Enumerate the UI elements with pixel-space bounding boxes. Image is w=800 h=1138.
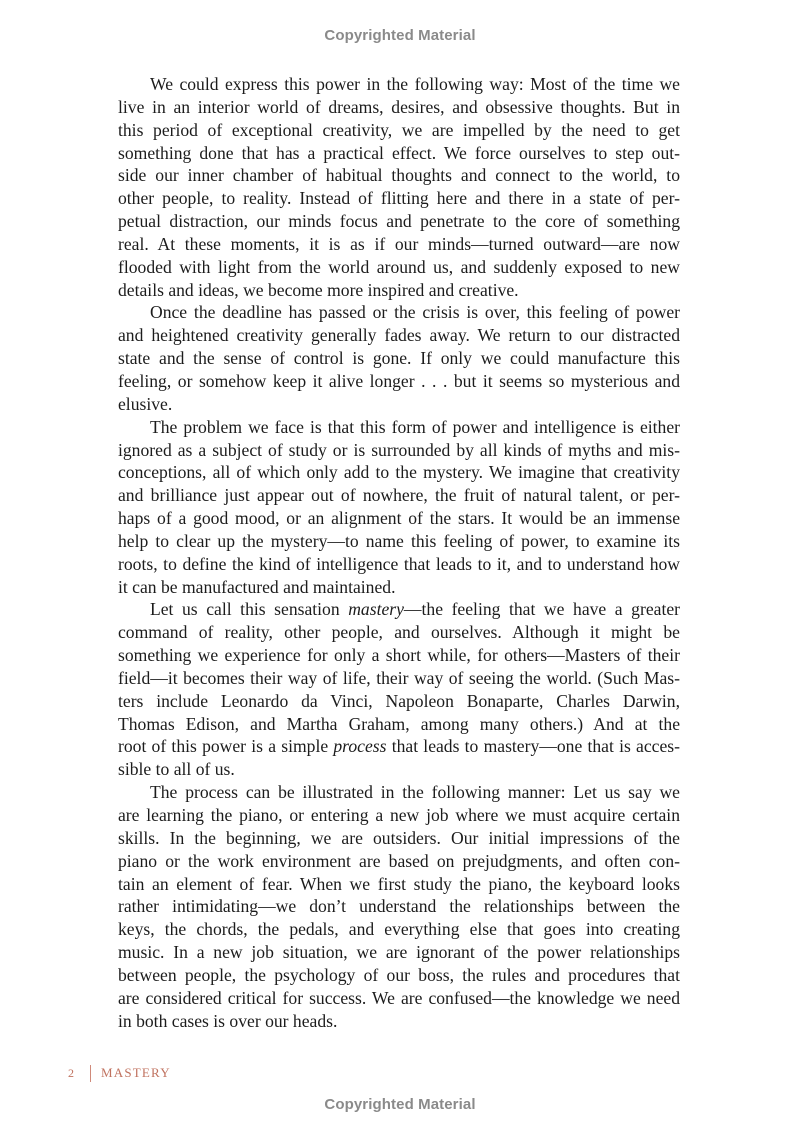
page-body-text: We could express this power in the follo… [118, 73, 680, 1032]
text-line: live in an interior world of dreams, des… [118, 96, 680, 119]
text-line: other people, to reality. Instead of fli… [118, 187, 680, 210]
page-footer: 2 MASTERY [68, 1064, 171, 1082]
text-line: sible to all of us. [118, 758, 680, 781]
text-line: elusive. [118, 393, 680, 416]
copyright-watermark-top: Copyrighted Material [0, 27, 800, 44]
text-line: state and the sense of control is gone. … [118, 347, 680, 370]
text-line: ignored as a subject of study or is surr… [118, 439, 680, 462]
text-line: and brilliance just appear out of nowher… [118, 484, 680, 507]
paragraph-3: The problem we face is that this form of… [118, 416, 680, 599]
text-line: We could express this power in the follo… [118, 73, 680, 96]
text-line: it can be manufactured and maintained. [118, 576, 680, 599]
text-line: real. At these moments, it is as if our … [118, 233, 680, 256]
text-line: The process can be illustrated in the fo… [118, 781, 680, 804]
copyright-watermark-bottom: Copyrighted Material [0, 1096, 800, 1113]
paragraph-5: The process can be illustrated in the fo… [118, 781, 680, 1032]
text-line: something we experience for only a short… [118, 644, 680, 667]
emphasis-mastery: mastery [348, 599, 404, 619]
text-line: ters include Leonardo da Vinci, Napoleon… [118, 690, 680, 713]
text-line: feeling, or somehow keep it alive longer… [118, 370, 680, 393]
text-run: that leads to mastery—one that is acces- [386, 736, 680, 756]
paragraph-1: We could express this power in the follo… [118, 73, 680, 301]
text-line: rather intimidating—we don’t understand … [118, 895, 680, 918]
text-line: piano or the work environment are based … [118, 850, 680, 873]
text-line: this period of exceptional creativity, w… [118, 119, 680, 142]
text-run: —the feeling that we have a greater [404, 599, 680, 619]
text-line: skills. In the beginning, we are outside… [118, 827, 680, 850]
text-line: haps of a good mood, or an alignment of … [118, 507, 680, 530]
text-line: and heightened creativity generally fade… [118, 324, 680, 347]
text-line: details and ideas, we become more inspir… [118, 279, 680, 302]
text-line: are considered critical for success. We … [118, 987, 680, 1010]
paragraph-2: Once the deadline has passed or the cris… [118, 301, 680, 415]
text-line: field—it becomes their way of life, thei… [118, 667, 680, 690]
text-line: in both cases is over our heads. [118, 1010, 680, 1033]
text-line: side our inner chamber of habitual thoug… [118, 164, 680, 187]
text-line: petual distraction, our minds focus and … [118, 210, 680, 233]
running-head: MASTERY [101, 1065, 171, 1081]
text-line: music. In a new job situation, we are ig… [118, 941, 680, 964]
page-number: 2 [68, 1066, 82, 1081]
text-line: flooded with light from the world around… [118, 256, 680, 279]
text-line: conceptions, all of which only add to th… [118, 461, 680, 484]
text-line: are learning the piano, or entering a ne… [118, 804, 680, 827]
text-line: Let us call this sensation mastery—the f… [118, 598, 680, 621]
text-line: tain an element of fear. When we first s… [118, 873, 680, 896]
text-line: The problem we face is that this form of… [118, 416, 680, 439]
text-line: keys, the chords, the pedals, and everyt… [118, 918, 680, 941]
text-line: between people, the psychology of our bo… [118, 964, 680, 987]
text-run: root of this power is a simple [118, 736, 333, 756]
paragraph-4: Let us call this sensation mastery—the f… [118, 598, 680, 781]
footer-divider [90, 1065, 91, 1082]
emphasis-process: process [333, 736, 386, 756]
text-line: help to clear up the mystery—to name thi… [118, 530, 680, 553]
text-line: root of this power is a simple process t… [118, 735, 680, 758]
text-run: Let us call this sensation [150, 599, 348, 619]
text-line: Once the deadline has passed or the cris… [118, 301, 680, 324]
text-line: Thomas Edison, and Martha Graham, among … [118, 713, 680, 736]
text-line: command of reality, other people, and ou… [118, 621, 680, 644]
text-line: roots, to define the kind of intelligenc… [118, 553, 680, 576]
text-line: something done that has a practical effe… [118, 142, 680, 165]
